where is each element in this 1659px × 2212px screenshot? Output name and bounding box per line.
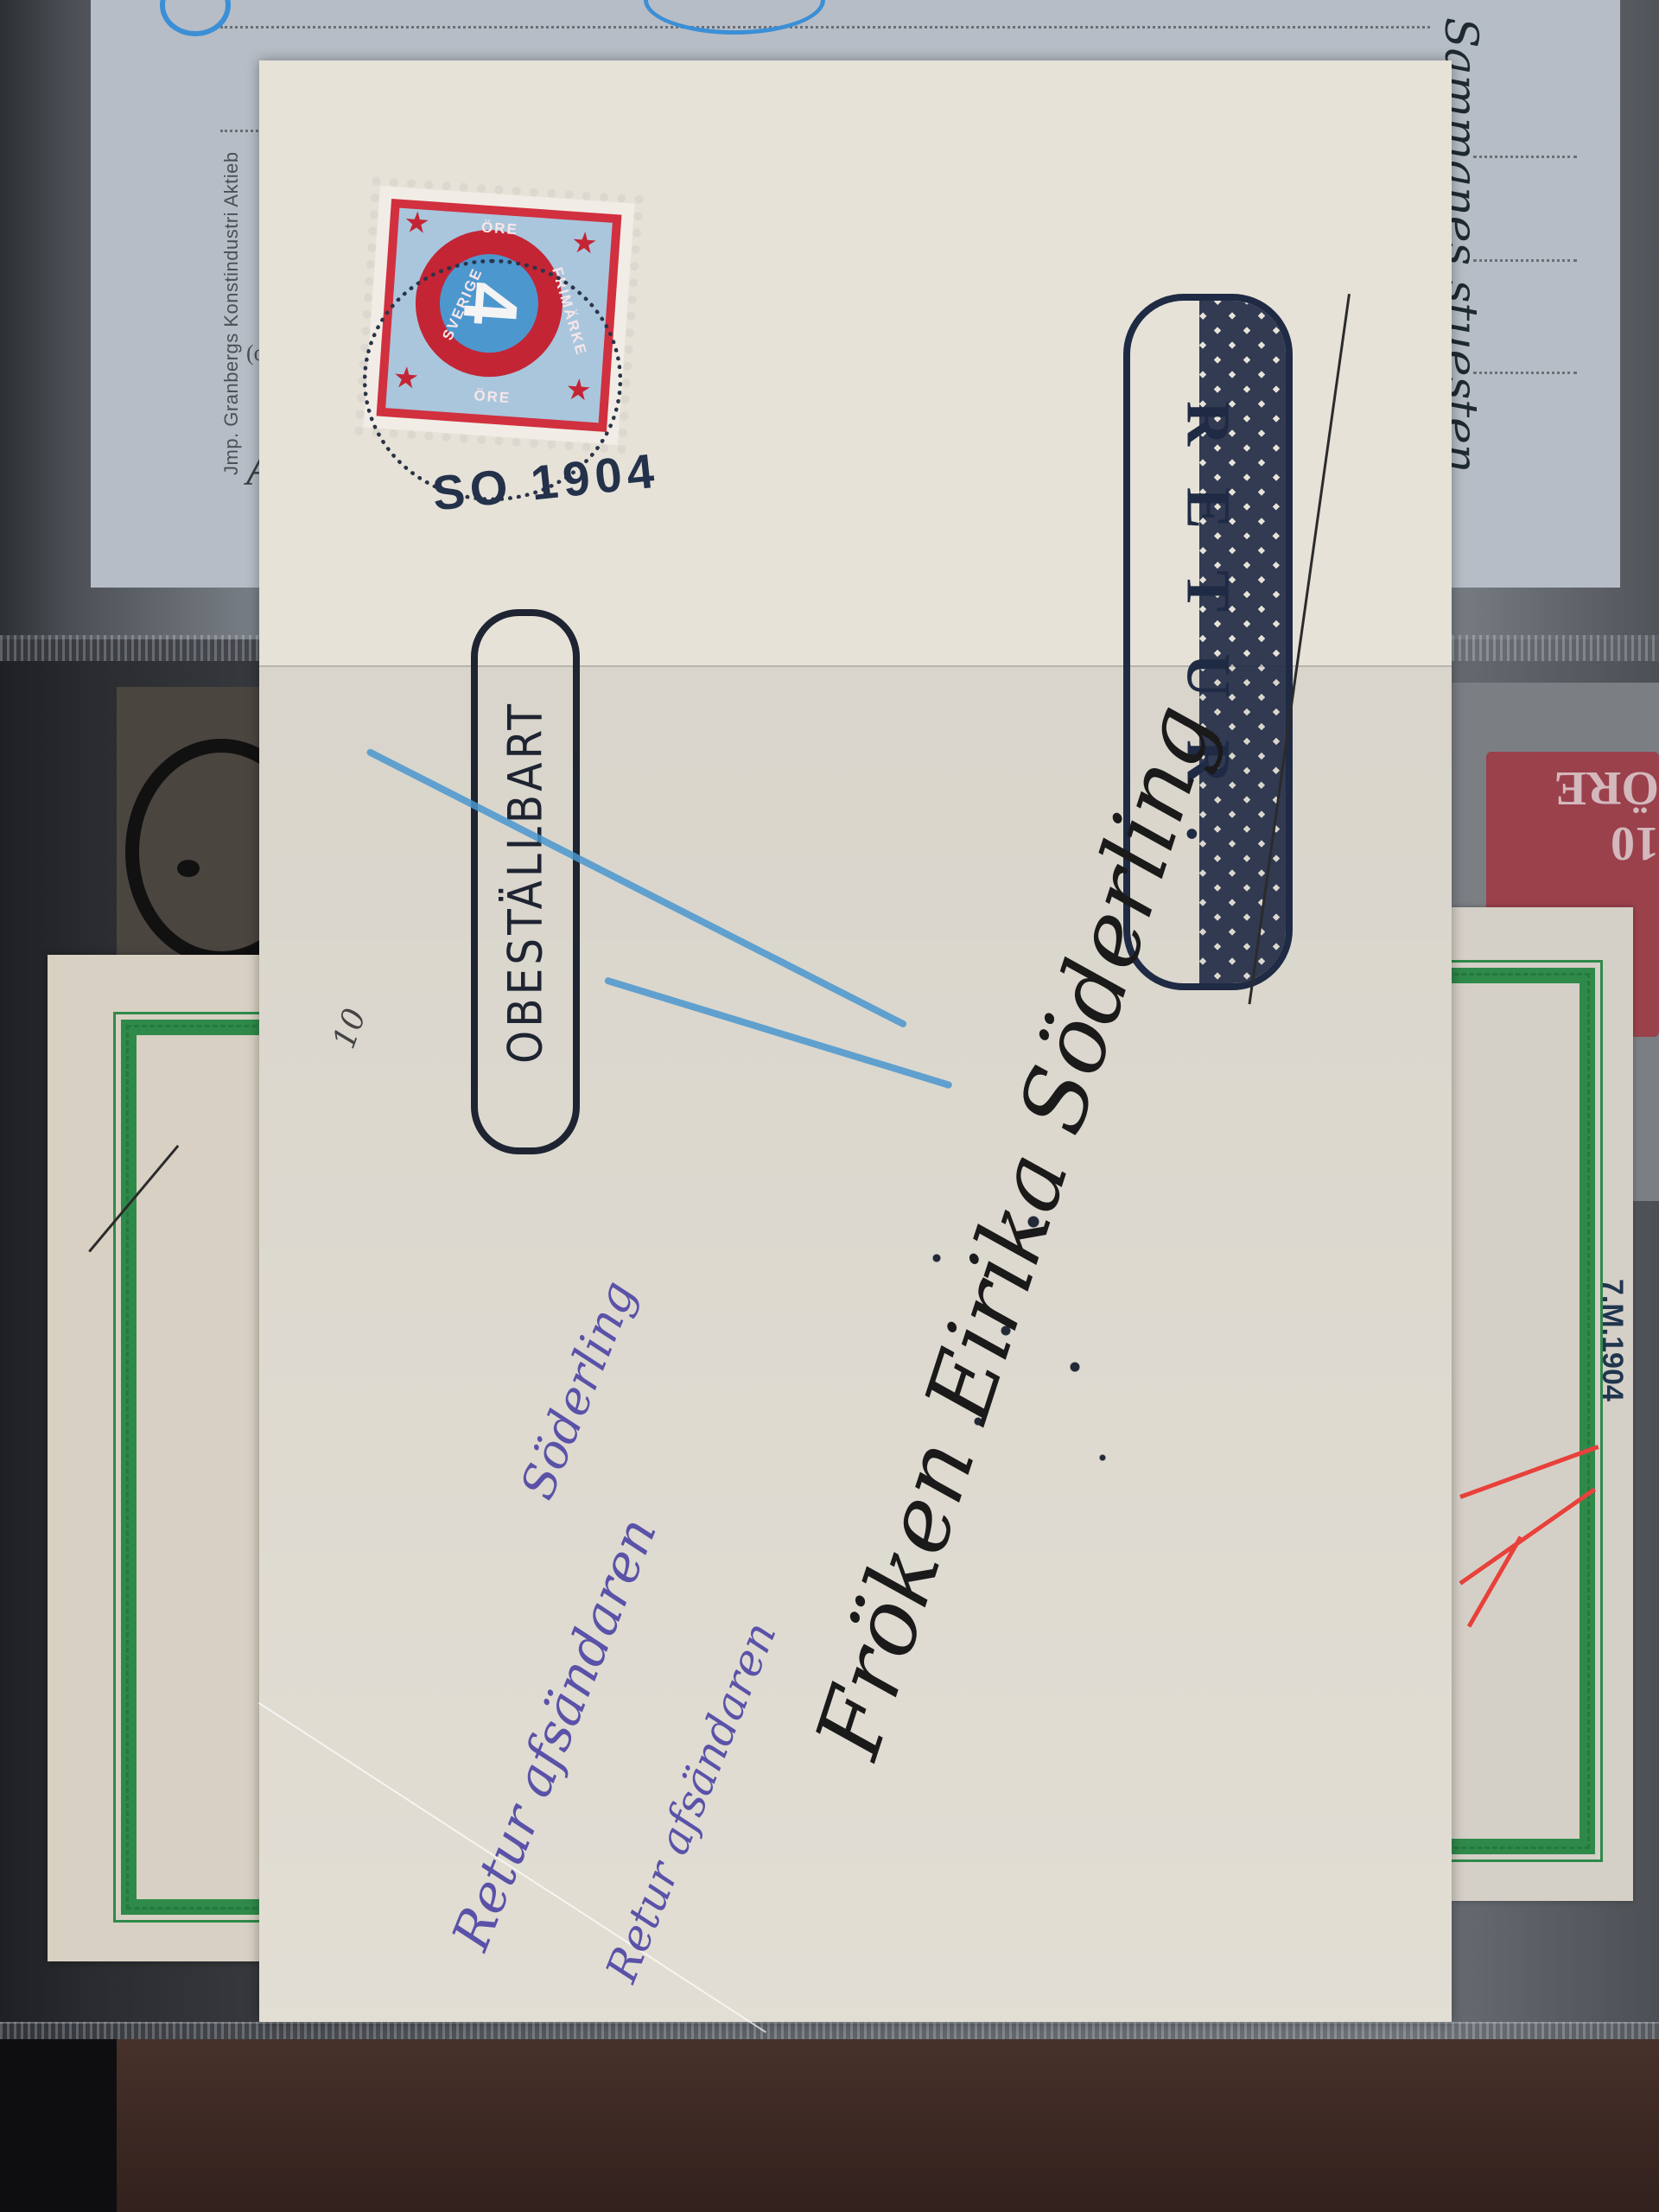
stamp-legend-top: ÖRE: [480, 219, 518, 238]
dotted-line: [1473, 259, 1577, 262]
wooden-table: [117, 2039, 1659, 2212]
dotted-line: [1473, 156, 1577, 158]
photo-scene: Jmp. Granbergs Konstindustri Aktieb B (o…: [0, 0, 1659, 2212]
dotted-line: [220, 26, 1430, 29]
blue-ink-scribble: [160, 0, 231, 36]
postmark-dot: [177, 860, 200, 877]
background-card-dark: [117, 687, 272, 955]
handstamp-obestallbart: OBESTÄLLBART: [471, 609, 580, 1154]
postcard-green-border-left: [48, 955, 272, 1961]
dotted-line: [1473, 372, 1577, 374]
star-icon: ★: [570, 226, 599, 262]
blue-ink-scribble: [644, 0, 825, 35]
postcard-green-border-right: [1452, 907, 1633, 1901]
star-icon: ★: [403, 205, 431, 241]
table-shadow: [0, 2039, 117, 2212]
